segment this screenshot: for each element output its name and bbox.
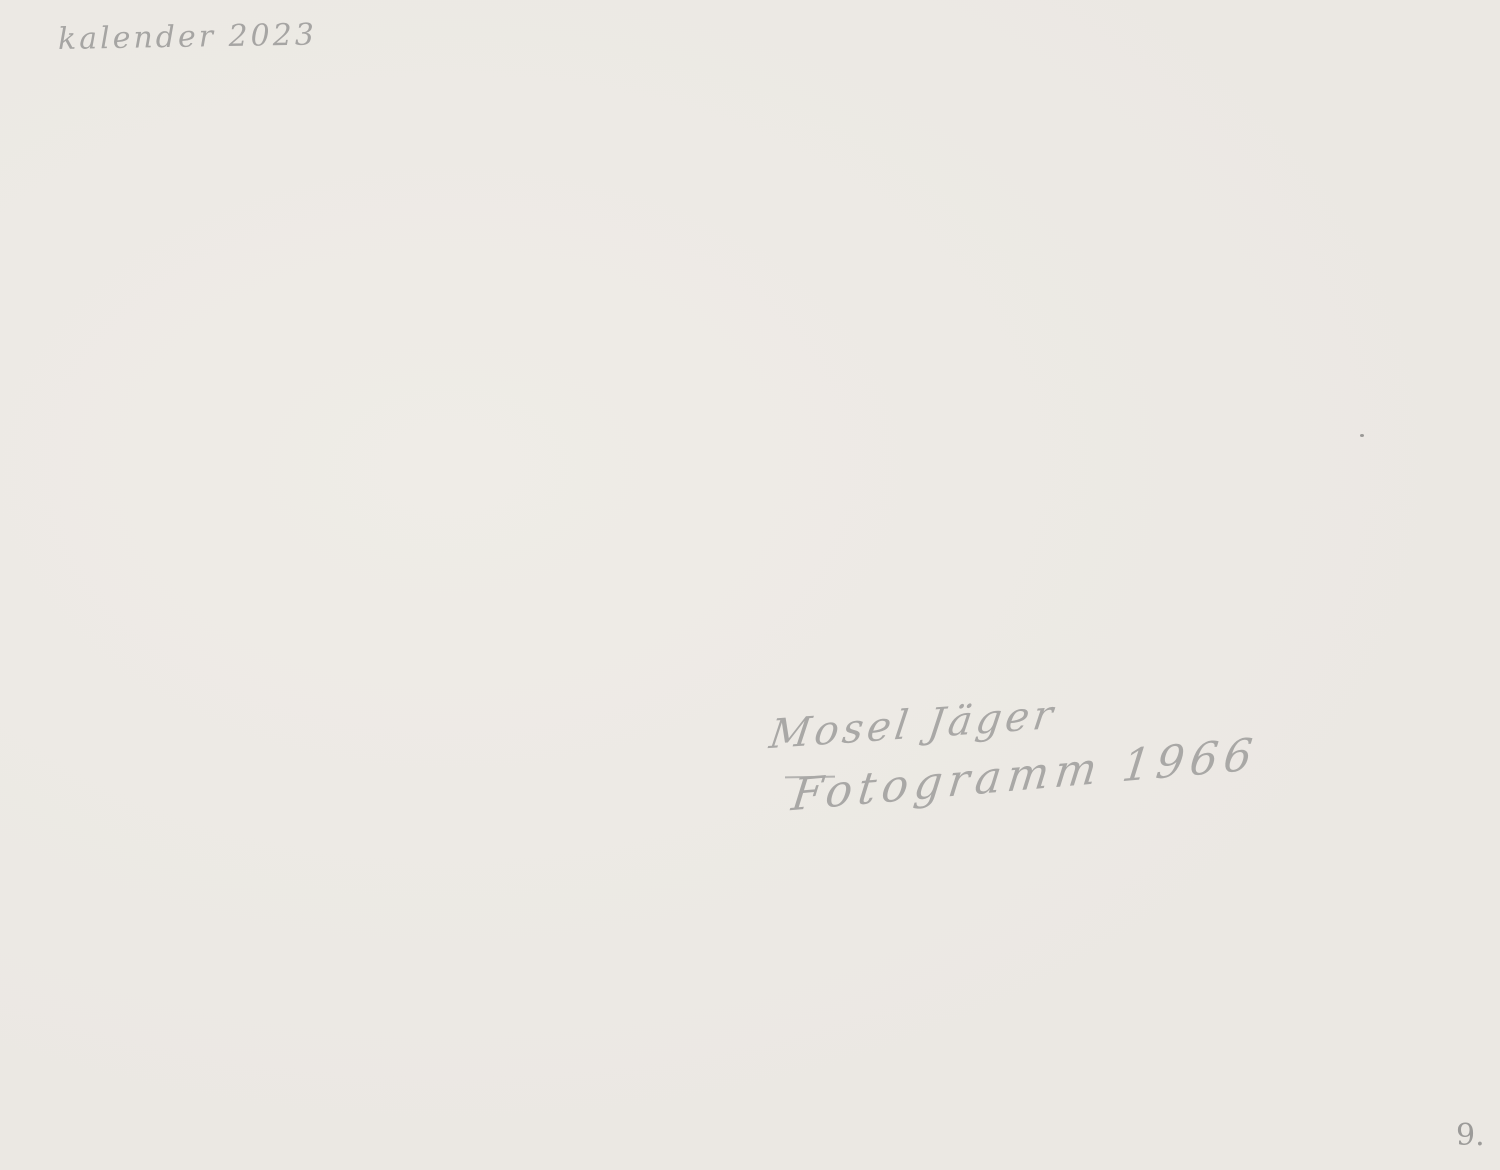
calendar-note: kalender 2023 <box>58 17 317 57</box>
paper-speck <box>1360 434 1364 437</box>
paper-sheet: kalender 2023 Mosel Jäger Fotogramm 1966… <box>0 0 1500 1170</box>
page-number: 9. <box>1456 1118 1485 1153</box>
artist-inscription: Mosel Jäger <box>767 692 1060 759</box>
